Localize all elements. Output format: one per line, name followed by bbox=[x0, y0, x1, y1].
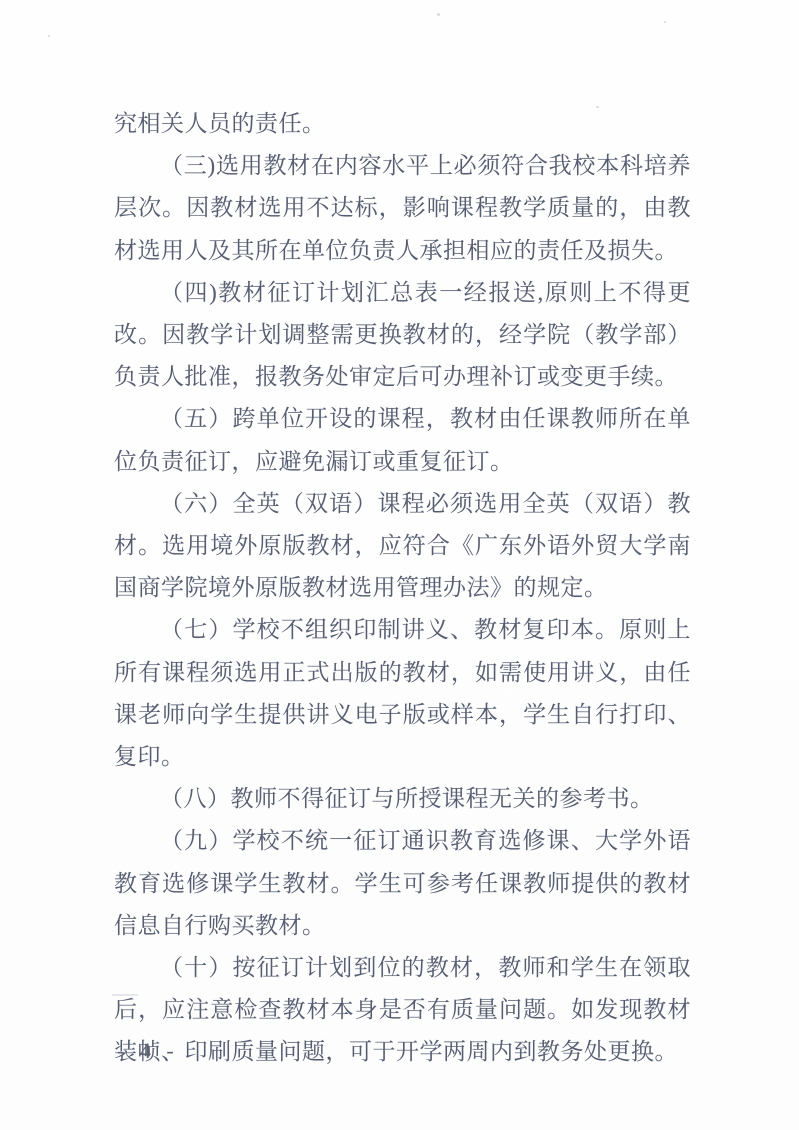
page-number: - 4 - bbox=[117, 1038, 179, 1064]
paragraph-item-6: （六）全英（双语）课程必须选用全英（双语）教材。选用境外原版教材，应符合《广东外… bbox=[114, 483, 691, 610]
document-body: 究相关人员的责任。 （三)选用教材在内容水平上必须符合我校本科培养层次。因教材选… bbox=[114, 103, 691, 1074]
paragraph-item-3: （三)选用教材在内容水平上必须符合我校本科培养层次。因教材选用不达标，影响课程教… bbox=[114, 145, 691, 272]
document-page: 究相关人员的责任。 （三)选用教材在内容水平上必须符合我校本科培养层次。因教材选… bbox=[0, 0, 799, 1130]
paragraph-item-10: （十）按征订计划到位的教材，教师和学生在领取后，应注意检查教材本身是否有质量问题… bbox=[114, 947, 691, 1074]
scan-artifact bbox=[437, 13, 440, 16]
paragraph-item-7: （七）学校不组织印制讲义、教材复印本。原则上所有课程须选用正式出版的教材，如需使… bbox=[114, 609, 691, 778]
scan-artifact bbox=[48, 35, 50, 37]
paragraph-item-5: （五）跨单位开设的课程，教材由任课教师所在单位负责征订，应避免漏订或重复征订。 bbox=[114, 398, 691, 482]
paragraph-continuation: 究相关人员的责任。 bbox=[114, 103, 691, 145]
scan-artifact bbox=[664, 21, 666, 23]
paragraph-item-4: （四)教材征订计划汇总表一经报送,原则上不得更改。因教学计划调整需更换教材的，经… bbox=[114, 272, 691, 399]
paragraph-item-8: （八）教师不得征订与所授课程无关的参考书。 bbox=[114, 778, 691, 820]
paragraph-item-9: （九）学校不统一征订通识教育选修课、大学外语教育选修课学生教材。学生可参考任课教… bbox=[114, 820, 691, 947]
